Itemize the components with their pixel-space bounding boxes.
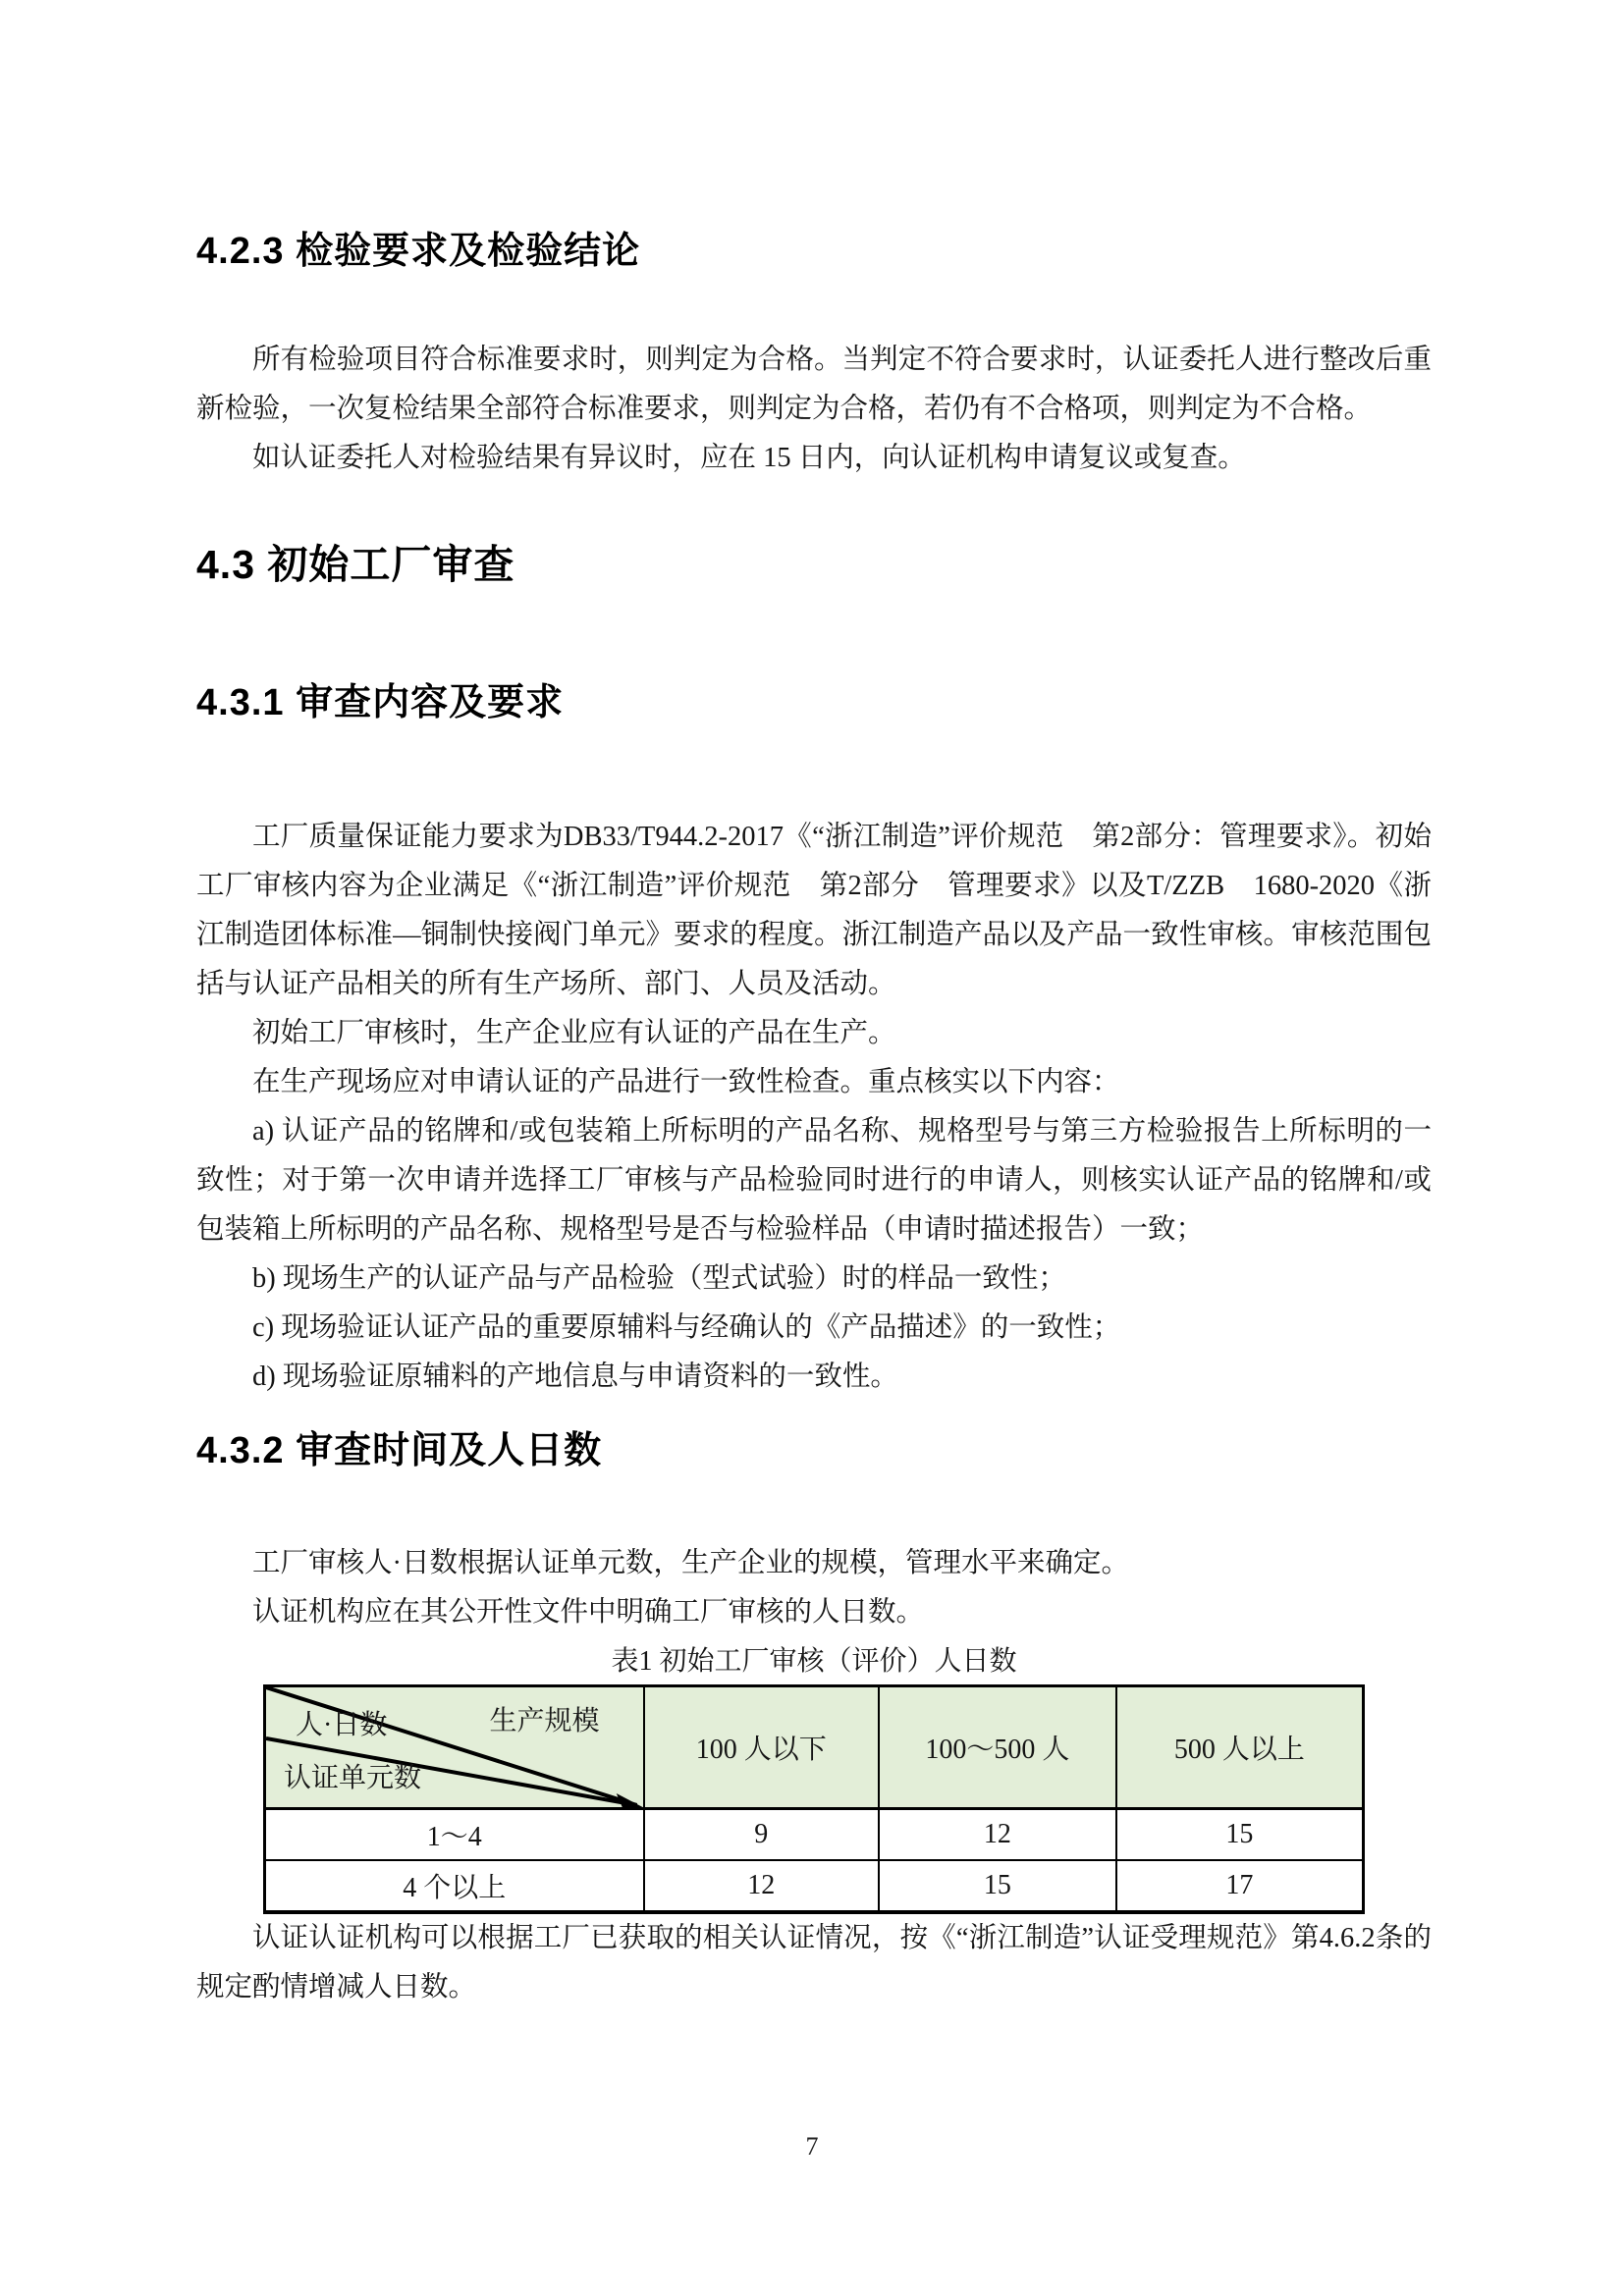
cell-value: 17: [1116, 1860, 1364, 1912]
heading-4-3: 4.3 初始工厂审查: [196, 540, 1432, 589]
list-item-a: a) 认证产品的铭牌和/或包装箱上所标明的产品名称、规格型号与第三方检验报告上所…: [196, 1107, 1432, 1255]
column-header-under-100: 100 人以下: [644, 1686, 879, 1809]
paragraph-objection: 如认证委托人对检验结果有异议时，应在 15 日内，向认证机构申请复议或复查。: [196, 434, 1432, 483]
cell-value: 12: [879, 1809, 1116, 1861]
row-label: 4 个以上: [265, 1860, 644, 1912]
paragraph-inspection-conclusion: 所有检验项目符合标准要求时，则判定为合格。当判定不符合要求时，认证委托人进行整改…: [196, 336, 1432, 434]
table-corner-cell: 人·日数 生产规模 认证单元数: [265, 1686, 644, 1809]
corner-label-mandays: 人·日数: [296, 1703, 387, 1742]
column-header-100-500: 100～500 人: [879, 1686, 1116, 1809]
table-row: 1～4 9 12 15: [265, 1809, 1364, 1861]
corner-label-production-scale: 生产规模: [490, 1699, 600, 1738]
document-page: 4.2.3 检验要求及检验结论 所有检验项目符合标准要求时，则判定为合格。当判定…: [0, 0, 1624, 2296]
paragraph-mandays-adjust: 认证认证机构可以根据工厂已获取的相关认证情况，按《“浙江制造”认证受理规范》第4…: [196, 1914, 1432, 2012]
list-item-d: d) 现场验证原辅料的产地信息与申请资料的一致性。: [196, 1353, 1432, 1402]
audit-days-table: 人·日数 生产规模 认证单元数 100 人以下 100～500 人 500 人以…: [263, 1684, 1365, 1914]
table-row: 4 个以上 12 15 17: [265, 1860, 1364, 1912]
column-header-over-500: 500 人以上: [1116, 1686, 1364, 1809]
paragraph-audit-production: 初始工厂审核时，生产企业应有认证的产品在生产。: [196, 1009, 1432, 1058]
cell-value: 12: [644, 1860, 879, 1912]
heading-4-3-1: 4.3.1 审查内容及要求: [196, 679, 1432, 726]
corner-label-cert-units: 认证单元数: [284, 1756, 421, 1795]
list-item-b: b) 现场生产的认证产品与产品检验（型式试验）时的样品一致性；: [196, 1255, 1432, 1304]
cell-value: 15: [1116, 1809, 1364, 1861]
paragraph-mandays-public: 认证机构应在其公开性文件中明确工厂审核的人日数。: [196, 1588, 1432, 1637]
row-label: 1～4: [265, 1809, 644, 1861]
cell-value: 15: [879, 1860, 1116, 1912]
table-caption: 表1 初始工厂审核（评价）人日数: [196, 1639, 1432, 1684]
table-header-row: 人·日数 生产规模 认证单元数 100 人以下 100～500 人 500 人以…: [265, 1686, 1364, 1809]
paragraph-audit-requirements: 工厂质量保证能力要求为DB33/T944.2-2017《“浙江制造”评价规范 第…: [196, 813, 1432, 1009]
heading-4-3-2: 4.3.2 审查时间及人日数: [196, 1427, 1432, 1474]
paragraph-mandays-basis: 工厂审核人·日数根据认证单元数，生产企业的规模，管理水平来确定。: [196, 1539, 1432, 1588]
paragraph-consistency-check: 在生产现场应对申请认证的产品进行一致性检查。重点核实以下内容：: [196, 1058, 1432, 1107]
page-number: 7: [0, 2132, 1624, 2162]
list-item-c: c) 现场验证认证产品的重要原辅料与经确认的《产品描述》的一致性；: [196, 1304, 1432, 1353]
heading-4-2-3: 4.2.3 检验要求及检验结论: [196, 228, 1432, 275]
cell-value: 9: [644, 1809, 879, 1861]
